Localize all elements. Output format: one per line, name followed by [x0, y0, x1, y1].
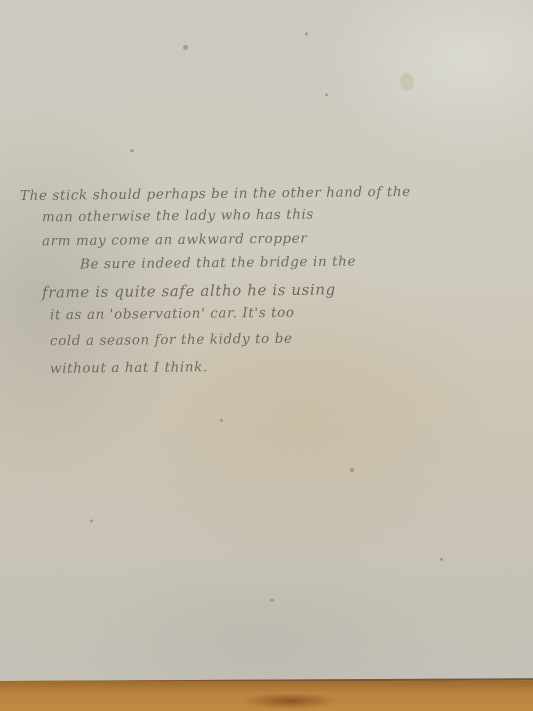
note-line: it as an 'observation' car. It's too	[50, 305, 295, 324]
note-line: frame is quite safe altho he is using	[42, 280, 336, 301]
note-line: cold a season for the kiddy to be	[50, 331, 293, 350]
note-line: The stick should perhaps be in the other…	[20, 184, 411, 204]
wooden-surface	[0, 681, 533, 711]
note-line: Be sure indeed that the bridge in the	[80, 254, 356, 273]
note-line: man otherwise the lady who has this	[42, 207, 314, 226]
note-line: without a hat I think.	[50, 359, 208, 377]
note-line: arm may come an awkward cropper	[42, 231, 308, 250]
handwritten-note: The stick should perhaps be in the other…	[0, 0, 533, 681]
